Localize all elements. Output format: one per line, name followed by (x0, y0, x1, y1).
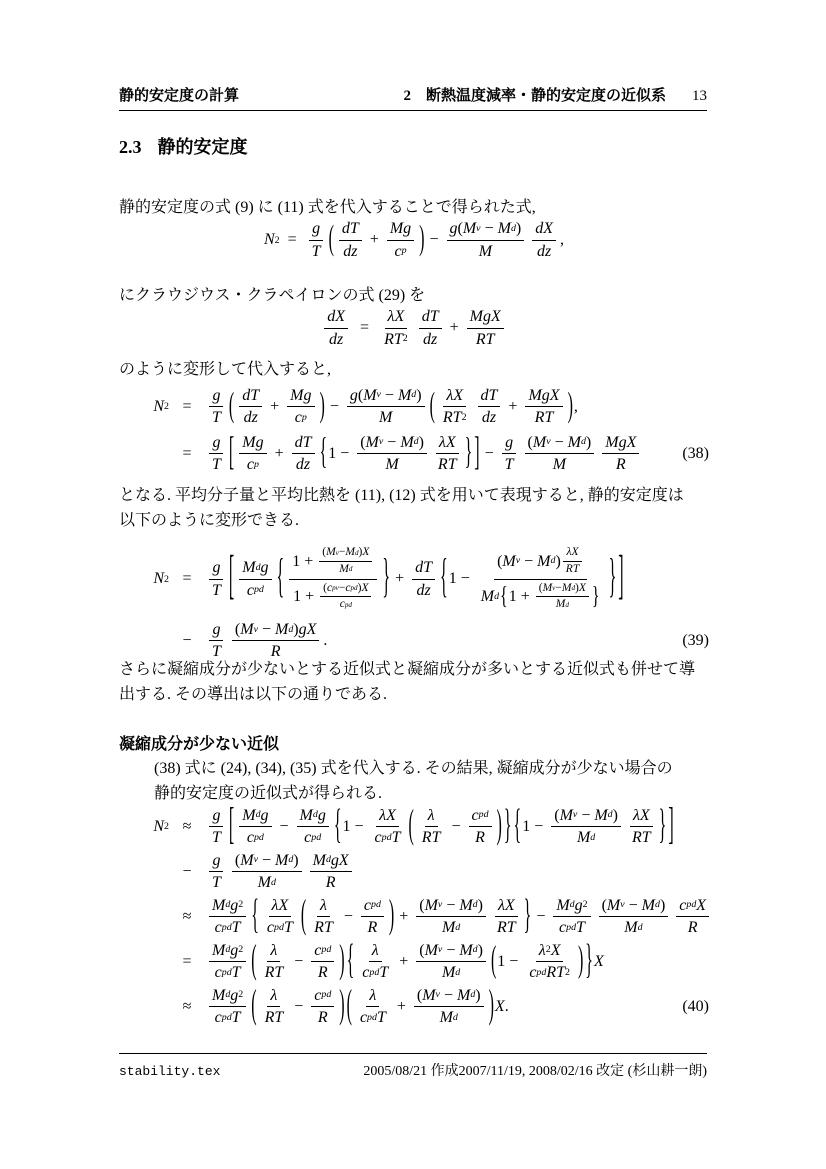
equation-relation: − (169, 632, 205, 650)
math-symbol: 1 − (522, 818, 547, 836)
math-variable: M (543, 582, 553, 596)
math-fraction: cpdXR (676, 895, 709, 938)
math-numerator: g(Mv − Md) (447, 218, 525, 240)
math-delimiter: } (465, 433, 473, 474)
math-subscript: pd (566, 922, 576, 934)
math-fraction: dTdz (292, 432, 315, 475)
math-variable: dz (482, 408, 496, 427)
math-symbol: ) (660, 896, 665, 915)
math-delimiter: ] (668, 801, 673, 851)
math-variable: T (505, 455, 514, 474)
math-subscript: d (638, 922, 643, 934)
equation-body: gT[Mdgcpd{1 + (Mv−Md)XMd1 + (cpv−cpd)Xcp… (205, 544, 625, 614)
math-fraction: (Mv − Md)Md (551, 805, 621, 848)
math-symbol: 1 + (293, 587, 318, 606)
math-denominator: cpdRT2 (526, 962, 573, 983)
equation-row: ≈Mdg2cpdT{λXcpdT(λRT − cpdR) + (Mv − Md)… (119, 894, 709, 939)
math-variable: dT (295, 433, 312, 452)
math-subscript: pd (321, 944, 331, 956)
section-title: 静的安定度 (158, 133, 248, 159)
math-delimiter: [ (229, 801, 234, 851)
math-fraction: gT (209, 432, 224, 475)
math-fraction: gT (209, 557, 224, 600)
math-subscript: d (494, 591, 499, 603)
math-delimiter: { (514, 803, 522, 850)
math-numerator: cpd (469, 805, 492, 827)
math-denominator: cpd (337, 597, 355, 613)
math-fraction: λXcpdT (372, 805, 404, 848)
math-variable: RT (535, 408, 554, 427)
footer-revision-dates: 2005/08/21 作成2007/11/19, 2008/02/16 改定 (… (363, 1060, 707, 1080)
math-symbol: − (442, 896, 459, 915)
math-denominator: dz (479, 407, 499, 428)
math-variable: M (422, 986, 435, 1005)
chapter-title: 断熱温度減率・静的安定度の近似系 (426, 84, 666, 105)
math-delimiter: ) (497, 804, 502, 849)
math-numerator: λ (317, 895, 330, 917)
math-fraction: λRT (262, 940, 287, 983)
math-numerator: (Mv−Md)X (536, 581, 589, 598)
math-fraction: MgXRT (467, 306, 504, 349)
math-variable: c (267, 918, 274, 937)
math-variable: c (394, 242, 401, 261)
math-variable: M (560, 806, 573, 825)
math-fraction: (Mv−Md)XMd (319, 545, 372, 578)
math-delimiter: ) (489, 984, 494, 1029)
math-fraction: MgXRT (525, 385, 562, 428)
math-fraction: dTdz (412, 557, 435, 600)
math-denominator: Md (621, 917, 645, 938)
math-variable: M (457, 986, 470, 1005)
paragraph-5-line-2: 出する. その導出は以下の通りである. (119, 682, 711, 707)
math-variable: dz (329, 330, 343, 349)
math-variable: RT (314, 918, 333, 937)
math-variable: R (475, 828, 485, 847)
math-variable: g (230, 986, 238, 1005)
equation-body: gT(dTdz + Mgcp) − g(Mv − Md)M(λXRT2dTdz … (205, 385, 578, 428)
math-variable: T (212, 455, 221, 474)
math-variable: X (579, 582, 586, 596)
math-symbol: − (383, 433, 400, 452)
math-delimiter: ( (301, 894, 306, 939)
math-variable: M (425, 896, 438, 915)
math-fraction: cpdR (311, 985, 334, 1028)
math-variable: g (212, 386, 220, 405)
math-variable: λ (270, 941, 277, 960)
math-variable: dT (342, 219, 359, 238)
math-numerator: (Mv − Md) (414, 985, 484, 1007)
math-variable: λX (272, 896, 289, 915)
math-variable: M (275, 851, 288, 870)
math-numerator: g(Mv − Md) (347, 385, 425, 407)
equation-relation: ≈ (169, 908, 205, 926)
math-fraction: dTdz (339, 218, 362, 261)
math-delimiter: } (504, 803, 512, 850)
math-variable: g (212, 806, 220, 825)
math-denominator: cp (244, 454, 262, 475)
math-variable: MgX (470, 307, 501, 326)
math-variable: Mg (390, 219, 411, 238)
equation-body: Mdg2cpdT(λRT − cpdR)(λcpdT + (Mv − Md)Md… (205, 985, 509, 1028)
subheading-low-condensate-approximation: 凝縮成分が少ない近似 (119, 731, 279, 754)
page-number: 13 (692, 88, 707, 105)
math-numerator: Mdg2 (209, 895, 246, 917)
math-denominator: dz (326, 329, 346, 350)
math-denominator: T (209, 407, 224, 428)
math-denominator: dz (534, 241, 554, 262)
math-numerator: (Mv − Md) (416, 895, 486, 917)
math-symbol: . (323, 632, 327, 650)
math-symbol: ) (293, 851, 298, 870)
math-symbol: + (395, 908, 412, 926)
math-fraction: λRT (262, 985, 287, 1028)
math-subscript: pd (254, 584, 264, 596)
math-fraction: (Mv−Md)XMd (536, 581, 589, 614)
math-variable: dz (296, 455, 310, 474)
math-denominator: dz (413, 580, 433, 601)
math-variable: T (377, 1008, 386, 1027)
equation-relation: = (169, 570, 205, 588)
math-subscript: pd (536, 967, 546, 979)
math-denominator: cpdT (359, 962, 391, 983)
math-symbol: ) (419, 433, 424, 452)
math-variable: dT (481, 386, 498, 405)
math-variable: gX (331, 851, 349, 870)
math-numerator: λX (385, 306, 408, 328)
math-variable: N (153, 570, 164, 588)
math-numerator: g (502, 432, 516, 454)
math-symbol: − (577, 806, 594, 825)
math-variable: X (551, 941, 561, 960)
equation-unnumbered-2: dXdz = λXRT2dTdz + MgXRT (119, 300, 709, 356)
math-variable: c (364, 896, 371, 915)
math-fraction: (Mv − Md)Md (416, 940, 486, 983)
math-fraction: Mdg2cpdT (209, 895, 246, 938)
math-fraction: Mdgcpd (239, 557, 271, 600)
math-denominator: Md (553, 597, 572, 613)
math-subscript: pd (367, 1012, 377, 1024)
math-subscript: pd (686, 899, 696, 911)
equation-row: N2=gT(dTdz + Mgcp) − g(Mv − Md)M(λXRT2dT… (119, 383, 709, 430)
math-superscript: 2 (238, 989, 243, 1001)
math-denominator: R (364, 917, 380, 938)
math-subscript: pd (222, 1012, 232, 1024)
math-variable: M (642, 896, 655, 915)
math-subscript: p (254, 459, 259, 471)
math-fraction: 1 + (Mv−Md)XMd1 + (cpv−cpd)Xcpd (289, 544, 377, 614)
math-variable: R (318, 1008, 328, 1027)
math-numerator: cpd (311, 940, 334, 962)
math-variable: M (537, 552, 550, 571)
math-symbol: − (290, 953, 307, 971)
math-subscript: pd (321, 989, 331, 1001)
math-variable: g (261, 558, 269, 577)
math-variable: M (442, 918, 455, 937)
math-variable: M (556, 896, 569, 915)
math-variable: dT (422, 307, 439, 326)
math-denominator: M (476, 241, 495, 262)
math-symbol: , (560, 231, 564, 249)
math-subscript: p (302, 412, 307, 424)
math-variable: T (232, 1008, 241, 1027)
math-variable: g (505, 433, 513, 452)
math-numerator: Mdg2 (209, 985, 246, 1007)
running-head-left: 静的安定度の計算 (119, 84, 239, 105)
math-delimiter: { (277, 552, 285, 606)
math-denominator: dz (340, 241, 360, 262)
math-variable: dz (537, 242, 551, 261)
math-fraction: gT (209, 805, 224, 848)
math-fraction: gT (209, 385, 224, 428)
math-variable: T (284, 918, 293, 937)
math-variable: M (300, 806, 313, 825)
math-symbol: − (381, 386, 398, 405)
equation-relation: ≈ (169, 998, 205, 1016)
math-numerator: (cpv−cpd)X (320, 581, 371, 598)
math-symbol: − (442, 941, 459, 960)
math-numerator: dT (419, 306, 442, 328)
math-variable: RT (265, 963, 284, 982)
math-variable: RT (443, 408, 462, 427)
math-denominator: RT (494, 917, 519, 938)
math-variable: λX (498, 896, 515, 915)
math-symbol: − (276, 818, 293, 836)
math-numerator: λ (369, 940, 382, 962)
math-denominator: cp (391, 241, 409, 262)
math-delimiter: ) (320, 387, 325, 427)
math-numerator: dT (412, 557, 435, 579)
math-symbol: 1 − (328, 445, 353, 463)
equation-lhs: N2 (119, 398, 169, 416)
equation-body: gT(Mv − Md)gXR. (205, 619, 327, 662)
equation-relation: = (169, 953, 205, 971)
math-variable: T (392, 828, 401, 847)
math-variable: M (313, 851, 326, 870)
math-subscript: pd (350, 584, 357, 593)
math-symbol: − (532, 908, 549, 926)
math-variable: g (212, 433, 220, 452)
math-fraction: λXRT (563, 545, 582, 578)
equation-39: N2=gT[Mdgcpd{1 + (Mv−Md)XMd1 + (cpv−cpd)… (119, 539, 709, 662)
equation-row: N2≈gT[Mdgcpd − Mdgcpd{1 − λXcpdT(λRT − c… (119, 804, 709, 849)
equation-body: N2 = gT(dTdz + Mgcp) − g(Mv − Md)MdXdz, (264, 218, 564, 261)
math-variable: λ (372, 941, 379, 960)
math-delimiter: ( (251, 984, 256, 1029)
math-variable: λX (566, 546, 578, 560)
math-variable: g (575, 896, 583, 915)
math-symbol: + (391, 570, 408, 588)
math-variable: λX (439, 433, 456, 452)
math-variable: N (153, 398, 164, 416)
math-variable: g (212, 851, 220, 870)
math-delimiter: ] (474, 431, 479, 476)
math-variable: gX (299, 620, 317, 639)
paragraph-4-line-1: となる. 平均分子量と平均比熱を (11), (12) 式を用いて表現すると, … (119, 483, 711, 508)
math-delimiter: ( (491, 941, 496, 982)
math-variable: dz (343, 242, 357, 261)
math-numerator: Mg (287, 385, 314, 407)
math-denominator: T (209, 454, 224, 475)
math-fraction: dTdz (478, 385, 501, 428)
math-variable: R (326, 873, 336, 892)
math-variable: λ (369, 986, 376, 1005)
math-variable: M (398, 386, 411, 405)
math-delimiter: } (524, 893, 532, 940)
math-denominator: cpdT (357, 1007, 389, 1028)
math-variable: T (212, 408, 221, 427)
math-numerator: λX (376, 805, 399, 827)
math-subscript: d (565, 601, 569, 610)
math-variable: T (379, 963, 388, 982)
math-variable: M (212, 986, 225, 1005)
math-denominator: cpd (301, 827, 324, 848)
math-numerator: λ (425, 805, 438, 827)
math-denominator: T (502, 454, 517, 475)
math-fraction: λRT (419, 805, 444, 848)
math-variable: dX (535, 219, 553, 238)
math-symbol: + (393, 998, 410, 1016)
math-denominator: cpd (244, 827, 267, 848)
math-symbol: − (425, 231, 442, 249)
math-fraction: λXRT (435, 432, 460, 475)
math-delimiter: { (347, 938, 355, 985)
math-variable: λ (270, 986, 277, 1005)
math-variable: λX (446, 386, 463, 405)
math-denominator: T (209, 580, 224, 601)
math-subscript: d (455, 967, 460, 979)
math-variable: X (696, 896, 706, 915)
math-fraction: λXRT (629, 805, 654, 848)
math-denominator: R (315, 1007, 331, 1028)
math-variable: M (240, 620, 253, 639)
math-numerator: dT (478, 385, 501, 407)
equation-lhs: N2 (119, 570, 169, 588)
math-numerator: MdgX (310, 850, 352, 872)
paragraph-6-line-1: (38) 式に (24), (34), (35) 式を代入する. その結果, 凝… (154, 756, 746, 781)
math-numerator: dX (532, 218, 556, 240)
math-denominator: M (550, 454, 569, 475)
math-subscript: pd (222, 922, 232, 934)
math-fraction: Mdgcpd (297, 805, 329, 848)
math-variable: M (379, 408, 392, 427)
math-numerator: g (209, 432, 223, 454)
math-symbol: ) (516, 219, 521, 238)
math-subscript: pd (274, 922, 284, 934)
math-superscript: 2 (583, 899, 588, 911)
math-variable: RT (422, 828, 441, 847)
math-fraction: Mdg2cpdT (209, 940, 246, 983)
math-fraction: λ2XcpdRT2 (526, 940, 573, 983)
math-variable: M (607, 896, 620, 915)
math-variable: M (553, 455, 566, 474)
page-footer: stability.tex 2005/08/21 作成2007/11/19, 2… (119, 1053, 707, 1080)
math-variable: λ (428, 806, 435, 825)
math-fraction: λcpdT (359, 940, 391, 983)
math-subscript: pd (369, 967, 379, 979)
math-delimiter: [ (229, 431, 234, 476)
equation-lhs: N2 (119, 818, 169, 836)
math-variable: c (215, 1008, 222, 1027)
math-variable: R (688, 918, 698, 937)
math-numerator: g (209, 385, 223, 407)
math-denominator: RT (473, 329, 498, 350)
math-fraction: (Mv − Md)Md (414, 985, 484, 1028)
math-numerator: λX (495, 895, 518, 917)
math-fraction: gT (209, 619, 224, 662)
math-denominator: T (309, 241, 324, 262)
math-fraction: Mgcp (239, 432, 266, 475)
math-variable: M (212, 941, 225, 960)
math-variable: M (366, 433, 379, 452)
math-numerator: Mdg2 (209, 940, 246, 962)
math-numerator: λX (269, 895, 292, 917)
math-fraction: (Mv − Md)Md (599, 895, 669, 938)
math-variable: M (440, 1008, 453, 1027)
math-variable: X (362, 546, 369, 560)
math-numerator: Mdg (297, 805, 329, 827)
math-subscript: d (453, 1012, 458, 1024)
math-denominator: RT (532, 407, 557, 428)
math-superscript: 2 (403, 333, 408, 345)
math-fraction: Mgcp (287, 385, 314, 428)
math-symbol: − (326, 398, 343, 416)
math-variable: Mg (290, 386, 311, 405)
math-symbol: + (446, 319, 463, 337)
math-numerator: (Mv − Md) (599, 895, 669, 917)
math-denominator: R (472, 827, 488, 848)
equation-row: ≈Mdg2cpdT(λRT − cpdR)(λcpdT + (Mv − Md)M… (119, 984, 709, 1029)
math-symbol: ) (416, 386, 421, 405)
math-numerator: λ (267, 940, 280, 962)
math-delimiter: ( (408, 804, 413, 849)
math-variable: RT (566, 563, 579, 577)
math-variable: T (312, 242, 321, 261)
math-subscript: pd (222, 967, 232, 979)
math-symbol: 1 − (449, 570, 474, 588)
math-variable: X (361, 582, 368, 596)
math-subscript: pd (371, 899, 381, 911)
math-symbol: ) (475, 986, 480, 1005)
math-numerator: dX (324, 306, 348, 328)
math-subscript: pd (254, 832, 264, 844)
math-denominator: cpd (244, 580, 267, 601)
equation-body: dXdz = λXRT2dTdz + MgXRT (320, 306, 507, 349)
math-variable: M (400, 433, 413, 452)
math-denominator: cpdT (212, 917, 244, 938)
math-numerator: (Mv−Md)X (319, 545, 372, 562)
math-symbol: = (280, 231, 305, 249)
math-delimiter: { (320, 433, 328, 474)
math-variable: T (212, 828, 221, 847)
math-delimiter: { (440, 552, 448, 606)
math-variable: λX (379, 806, 396, 825)
math-variable: c (247, 581, 254, 600)
math-denominator: RT (262, 962, 287, 983)
math-variable: M (258, 873, 271, 892)
math-superscript: 2 (565, 967, 570, 979)
math-symbol: − (481, 445, 498, 463)
math-numerator: cpd (361, 895, 384, 917)
math-variable: c (215, 918, 222, 937)
math-variable: dT (242, 386, 259, 405)
math-denominator: R (685, 917, 701, 938)
math-denominator: RT2 (381, 329, 411, 350)
document-page: 静的安定度の計算 2 断熱温度減率・静的安定度の近似系 13 2.3 静的安定度… (0, 0, 826, 1169)
math-denominator: cpdT (212, 962, 244, 983)
math-numerator: (Mv − Md)λXRT (494, 544, 587, 580)
math-variable: N (264, 231, 275, 249)
math-variable: M (502, 552, 515, 571)
